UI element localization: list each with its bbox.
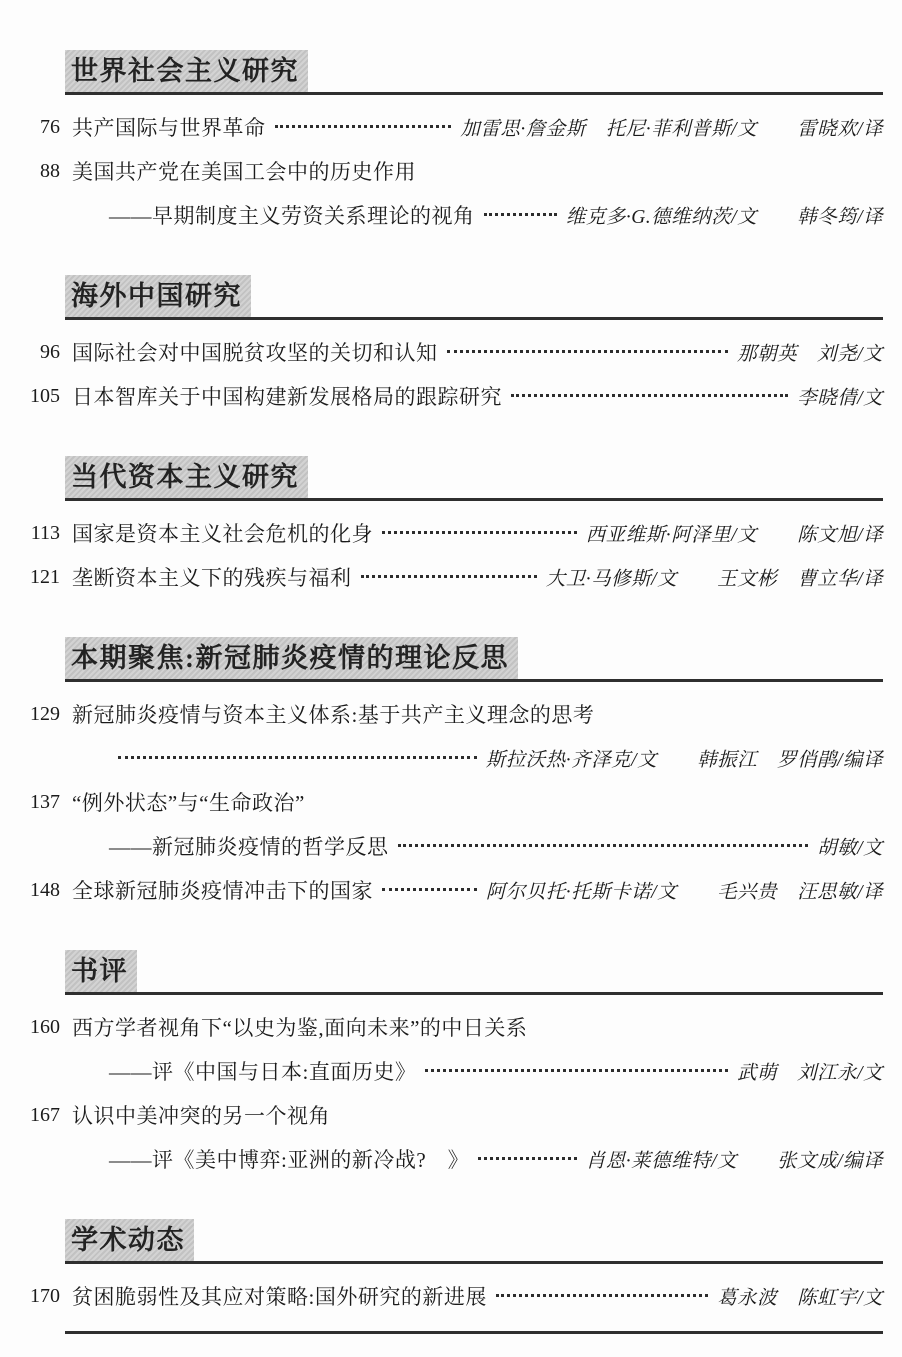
entry-lines: 垄断资本主义下的残疾与福利 大卫·马修斯/文 王文彬 曹立华/译 <box>72 555 883 599</box>
section-entries: 113 国家是资本主义社会危机的化身 西亚维斯·阿泽里/文 陈文旭/译 121 … <box>25 501 883 599</box>
section-header: 世界社会主义研究 <box>65 50 883 95</box>
article-authors: 胡敏/文 <box>817 832 883 860</box>
toc-line: 贫困脆弱性及其应对策略:国外研究的新进展 葛永波 陈虹宇/文 <box>72 1274 883 1318</box>
article-authors: 肖恩·莱德维特/文 张文成/编译 <box>586 1145 883 1173</box>
page-number: 137 <box>25 780 60 824</box>
toc-subtitle-line: ——新冠肺炎疫情的哲学反思 胡敏/文 <box>72 824 883 868</box>
toc-subtitle-line: ——早期制度主义劳资关系理论的视角 维克多·G.德维纳茨/文 韩冬筠/译 <box>72 193 883 237</box>
page-number: 121 <box>25 555 60 599</box>
toc-line: 国家是资本主义社会危机的化身 西亚维斯·阿泽里/文 陈文旭/译 <box>72 511 883 555</box>
section-entries: 160 西方学者视角下“以史为鉴,面向未来”的中日关系 ——评《中国与日本:直面… <box>25 995 883 1181</box>
dot-leader <box>275 125 452 128</box>
page-number: 96 <box>25 330 60 374</box>
article-subtitle: ——评《中国与日本:直面历史》 <box>109 1056 416 1086</box>
entry-lines: 日本智库关于中国构建新发展格局的跟踪研究 李晓倩/文 <box>72 374 883 418</box>
toc-subtitle-line: ——评《中国与日本:直面历史》 武萌 刘江永/文 <box>72 1049 883 1093</box>
article-title: 新冠肺炎疫情与资本主义体系:基于共产主义理念的思考 <box>72 699 594 729</box>
section-entries: 129 新冠肺炎疫情与资本主义体系:基于共产主义理念的思考 斯拉沃热·齐泽克/文… <box>25 682 883 912</box>
section-title: 当代资本主义研究 <box>65 456 308 498</box>
section-contemporary-capitalism: 当代资本主义研究 113 国家是资本主义社会危机的化身 西亚维斯·阿泽里/文 陈… <box>25 456 883 599</box>
dot-leader <box>447 350 729 353</box>
article-subtitle: ——评《美中博弈:亚洲的新冷战? 》 <box>109 1144 469 1174</box>
toc-entry: 88 美国共产党在美国工会中的历史作用 ——早期制度主义劳资关系理论的视角 维克… <box>25 149 883 237</box>
dot-leader <box>382 531 577 534</box>
article-authors: 武萌 刘江永/文 <box>737 1057 883 1085</box>
article-authors: 西亚维斯·阿泽里/文 陈文旭/译 <box>586 519 883 547</box>
dot-leader <box>511 394 788 397</box>
article-title: 国际社会对中国脱贫攻坚的关切和认知 <box>72 337 438 367</box>
toc-line: 认识中美冲突的另一个视角 <box>72 1093 883 1137</box>
section-overseas-china-studies: 海外中国研究 96 国际社会对中国脱贫攻坚的关切和认知 那朝英 刘尧/文 105… <box>25 275 883 418</box>
dot-leader <box>361 575 537 578</box>
entry-lines: 认识中美冲突的另一个视角 ——评《美中博弈:亚洲的新冷战? 》 肖恩·莱德维特/… <box>72 1093 883 1181</box>
toc-line: 日本智库关于中国构建新发展格局的跟踪研究 李晓倩/文 <box>72 374 883 418</box>
section-title: 世界社会主义研究 <box>65 50 308 92</box>
article-title: 日本智库关于中国构建新发展格局的跟踪研究 <box>72 381 502 411</box>
article-authors: 斯拉沃热·齐泽克/文 韩振江 罗俏鹃/编译 <box>486 744 883 772</box>
article-authors: 加雷思·詹金斯 托尼·菲利普斯/文 雷晓欢/译 <box>460 113 883 141</box>
section-title: 书评 <box>65 950 137 992</box>
section-header: 当代资本主义研究 <box>65 456 883 501</box>
article-subtitle: ——早期制度主义劳资关系理论的视角 <box>109 200 475 230</box>
article-authors: 那朝英 刘尧/文 <box>737 338 883 366</box>
article-title: 美国共产党在美国工会中的历史作用 <box>72 156 416 186</box>
dot-leader <box>484 213 557 216</box>
article-title: 西方学者视角下“以史为鉴,面向未来”的中日关系 <box>72 1012 527 1042</box>
dot-leader <box>496 1294 708 1297</box>
dot-leader <box>478 1157 577 1160</box>
article-title: “例外状态”与“生命政治” <box>72 787 305 817</box>
page-number: 160 <box>25 1005 60 1049</box>
toc-entry: 76 共产国际与世界革命 加雷思·詹金斯 托尼·菲利普斯/文 雷晓欢/译 <box>25 105 883 149</box>
page-number: 167 <box>25 1093 60 1137</box>
section-entries: 170 贫困脆弱性及其应对策略:国外研究的新进展 葛永波 陈虹宇/文 <box>25 1264 883 1318</box>
article-authors: 葛永波 陈虹宇/文 <box>717 1282 883 1310</box>
toc-entry: 148 全球新冠肺炎疫情冲击下的国家 阿尔贝托·托斯卡诺/文 毛兴贵 汪思敏/译 <box>25 868 883 912</box>
entry-lines: 全球新冠肺炎疫情冲击下的国家 阿尔贝托·托斯卡诺/文 毛兴贵 汪思敏/译 <box>72 868 883 912</box>
section-world-socialism: 世界社会主义研究 76 共产国际与世界革命 加雷思·詹金斯 托尼·菲利普斯/文 … <box>25 50 883 237</box>
toc-entry: 121 垄断资本主义下的残疾与福利 大卫·马修斯/文 王文彬 曹立华/译 <box>25 555 883 599</box>
page-number: 105 <box>25 374 60 418</box>
toc-entry: 96 国际社会对中国脱贫攻坚的关切和认知 那朝英 刘尧/文 <box>25 330 883 374</box>
article-authors: 大卫·马修斯/文 王文彬 曹立华/译 <box>546 563 883 591</box>
entry-lines: 西方学者视角下“以史为鉴,面向未来”的中日关系 ——评《中国与日本:直面历史》 … <box>72 1005 883 1093</box>
toc-authors-line: 斯拉沃热·齐泽克/文 韩振江 罗俏鹃/编译 <box>72 736 883 780</box>
entry-lines: 国际社会对中国脱贫攻坚的关切和认知 那朝英 刘尧/文 <box>72 330 883 374</box>
section-title: 学术动态 <box>65 1219 194 1261</box>
toc-line: 共产国际与世界革命 加雷思·詹金斯 托尼·菲利普斯/文 雷晓欢/译 <box>72 105 883 149</box>
toc-line: “例外状态”与“生命政治” <box>72 780 883 824</box>
toc-entry: 129 新冠肺炎疫情与资本主义体系:基于共产主义理念的思考 斯拉沃热·齐泽克/文… <box>25 692 883 780</box>
article-title: 共产国际与世界革命 <box>72 112 266 142</box>
dot-leader <box>118 756 477 759</box>
toc-line: 西方学者视角下“以史为鉴,面向未来”的中日关系 <box>72 1005 883 1049</box>
article-title: 认识中美冲突的另一个视角 <box>72 1100 330 1130</box>
section-entries: 76 共产国际与世界革命 加雷思·詹金斯 托尼·菲利普斯/文 雷晓欢/译 88 … <box>25 95 883 237</box>
entry-lines: 共产国际与世界革命 加雷思·詹金斯 托尼·菲利普斯/文 雷晓欢/译 <box>72 105 883 149</box>
toc-entry: 113 国家是资本主义社会危机的化身 西亚维斯·阿泽里/文 陈文旭/译 <box>25 511 883 555</box>
page-number: 88 <box>25 149 60 193</box>
page-number: 113 <box>25 511 60 555</box>
journal-toc-page: 世界社会主义研究 76 共产国际与世界革命 加雷思·詹金斯 托尼·菲利普斯/文 … <box>0 0 902 1357</box>
article-authors: 阿尔贝托·托斯卡诺/文 毛兴贵 汪思敏/译 <box>486 876 883 904</box>
toc-entry: 160 西方学者视角下“以史为鉴,面向未来”的中日关系 ——评《中国与日本:直面… <box>25 1005 883 1093</box>
section-title: 海外中国研究 <box>65 275 251 317</box>
section-header: 海外中国研究 <box>65 275 883 320</box>
page-number: 148 <box>25 868 60 912</box>
page-number: 76 <box>25 105 60 149</box>
toc-entry: 170 贫困脆弱性及其应对策略:国外研究的新进展 葛永波 陈虹宇/文 <box>25 1274 883 1318</box>
article-authors: 维克多·G.德维纳茨/文 韩冬筠/译 <box>566 201 883 229</box>
toc-line: 垄断资本主义下的残疾与福利 大卫·马修斯/文 王文彬 曹立华/译 <box>72 555 883 599</box>
entry-lines: 国家是资本主义社会危机的化身 西亚维斯·阿泽里/文 陈文旭/译 <box>72 511 883 555</box>
toc-subtitle-line: ——评《美中博弈:亚洲的新冷战? 》 肖恩·莱德维特/文 张文成/编译 <box>72 1137 883 1181</box>
article-title: 全球新冠肺炎疫情冲击下的国家 <box>72 875 373 905</box>
toc-line: 全球新冠肺炎疫情冲击下的国家 阿尔贝托·托斯卡诺/文 毛兴贵 汪思敏/译 <box>72 868 883 912</box>
section-header: 学术动态 <box>65 1219 883 1264</box>
dot-leader <box>382 888 477 891</box>
section-academic-trends: 学术动态 170 贫困脆弱性及其应对策略:国外研究的新进展 葛永波 陈虹宇/文 <box>25 1219 883 1318</box>
entry-lines: “例外状态”与“生命政治” ——新冠肺炎疫情的哲学反思 胡敏/文 <box>72 780 883 868</box>
page-number: 129 <box>25 692 60 736</box>
section-title: 本期聚焦:新冠肺炎疫情的理论反思 <box>65 637 518 679</box>
section-header: 本期聚焦:新冠肺炎疫情的理论反思 <box>65 637 883 682</box>
article-authors: 李晓倩/文 <box>797 382 883 410</box>
toc-line: 新冠肺炎疫情与资本主义体系:基于共产主义理念的思考 <box>72 692 883 736</box>
article-subtitle: ——新冠肺炎疫情的哲学反思 <box>109 831 389 861</box>
entry-lines: 贫困脆弱性及其应对策略:国外研究的新进展 葛永波 陈虹宇/文 <box>72 1274 883 1318</box>
article-title: 垄断资本主义下的残疾与福利 <box>72 562 352 592</box>
toc-entry: 105 日本智库关于中国构建新发展格局的跟踪研究 李晓倩/文 <box>25 374 883 418</box>
section-entries: 96 国际社会对中国脱贫攻坚的关切和认知 那朝英 刘尧/文 105 日本智库关于… <box>25 320 883 418</box>
section-book-reviews: 书评 160 西方学者视角下“以史为鉴,面向未来”的中日关系 ——评《中国与日本… <box>25 950 883 1181</box>
section-covid-focus: 本期聚焦:新冠肺炎疫情的理论反思 129 新冠肺炎疫情与资本主义体系:基于共产主… <box>25 637 883 912</box>
entry-lines: 美国共产党在美国工会中的历史作用 ——早期制度主义劳资关系理论的视角 维克多·G… <box>72 149 883 237</box>
page-number: 170 <box>25 1274 60 1318</box>
article-title: 贫困脆弱性及其应对策略:国外研究的新进展 <box>72 1281 487 1311</box>
section-header: 书评 <box>65 950 883 995</box>
dot-leader <box>425 1069 728 1072</box>
toc-line: 国际社会对中国脱贫攻坚的关切和认知 那朝英 刘尧/文 <box>72 330 883 374</box>
toc-entry: 167 认识中美冲突的另一个视角 ——评《美中博弈:亚洲的新冷战? 》 肖恩·莱… <box>25 1093 883 1181</box>
entry-lines: 新冠肺炎疫情与资本主义体系:基于共产主义理念的思考 斯拉沃热·齐泽克/文 韩振江… <box>72 692 883 780</box>
bottom-rule <box>65 1331 883 1334</box>
dot-leader <box>398 844 809 847</box>
toc-line: 美国共产党在美国工会中的历史作用 <box>72 149 883 193</box>
article-title: 国家是资本主义社会危机的化身 <box>72 518 373 548</box>
toc-entry: 137 “例外状态”与“生命政治” ——新冠肺炎疫情的哲学反思 胡敏/文 <box>25 780 883 868</box>
